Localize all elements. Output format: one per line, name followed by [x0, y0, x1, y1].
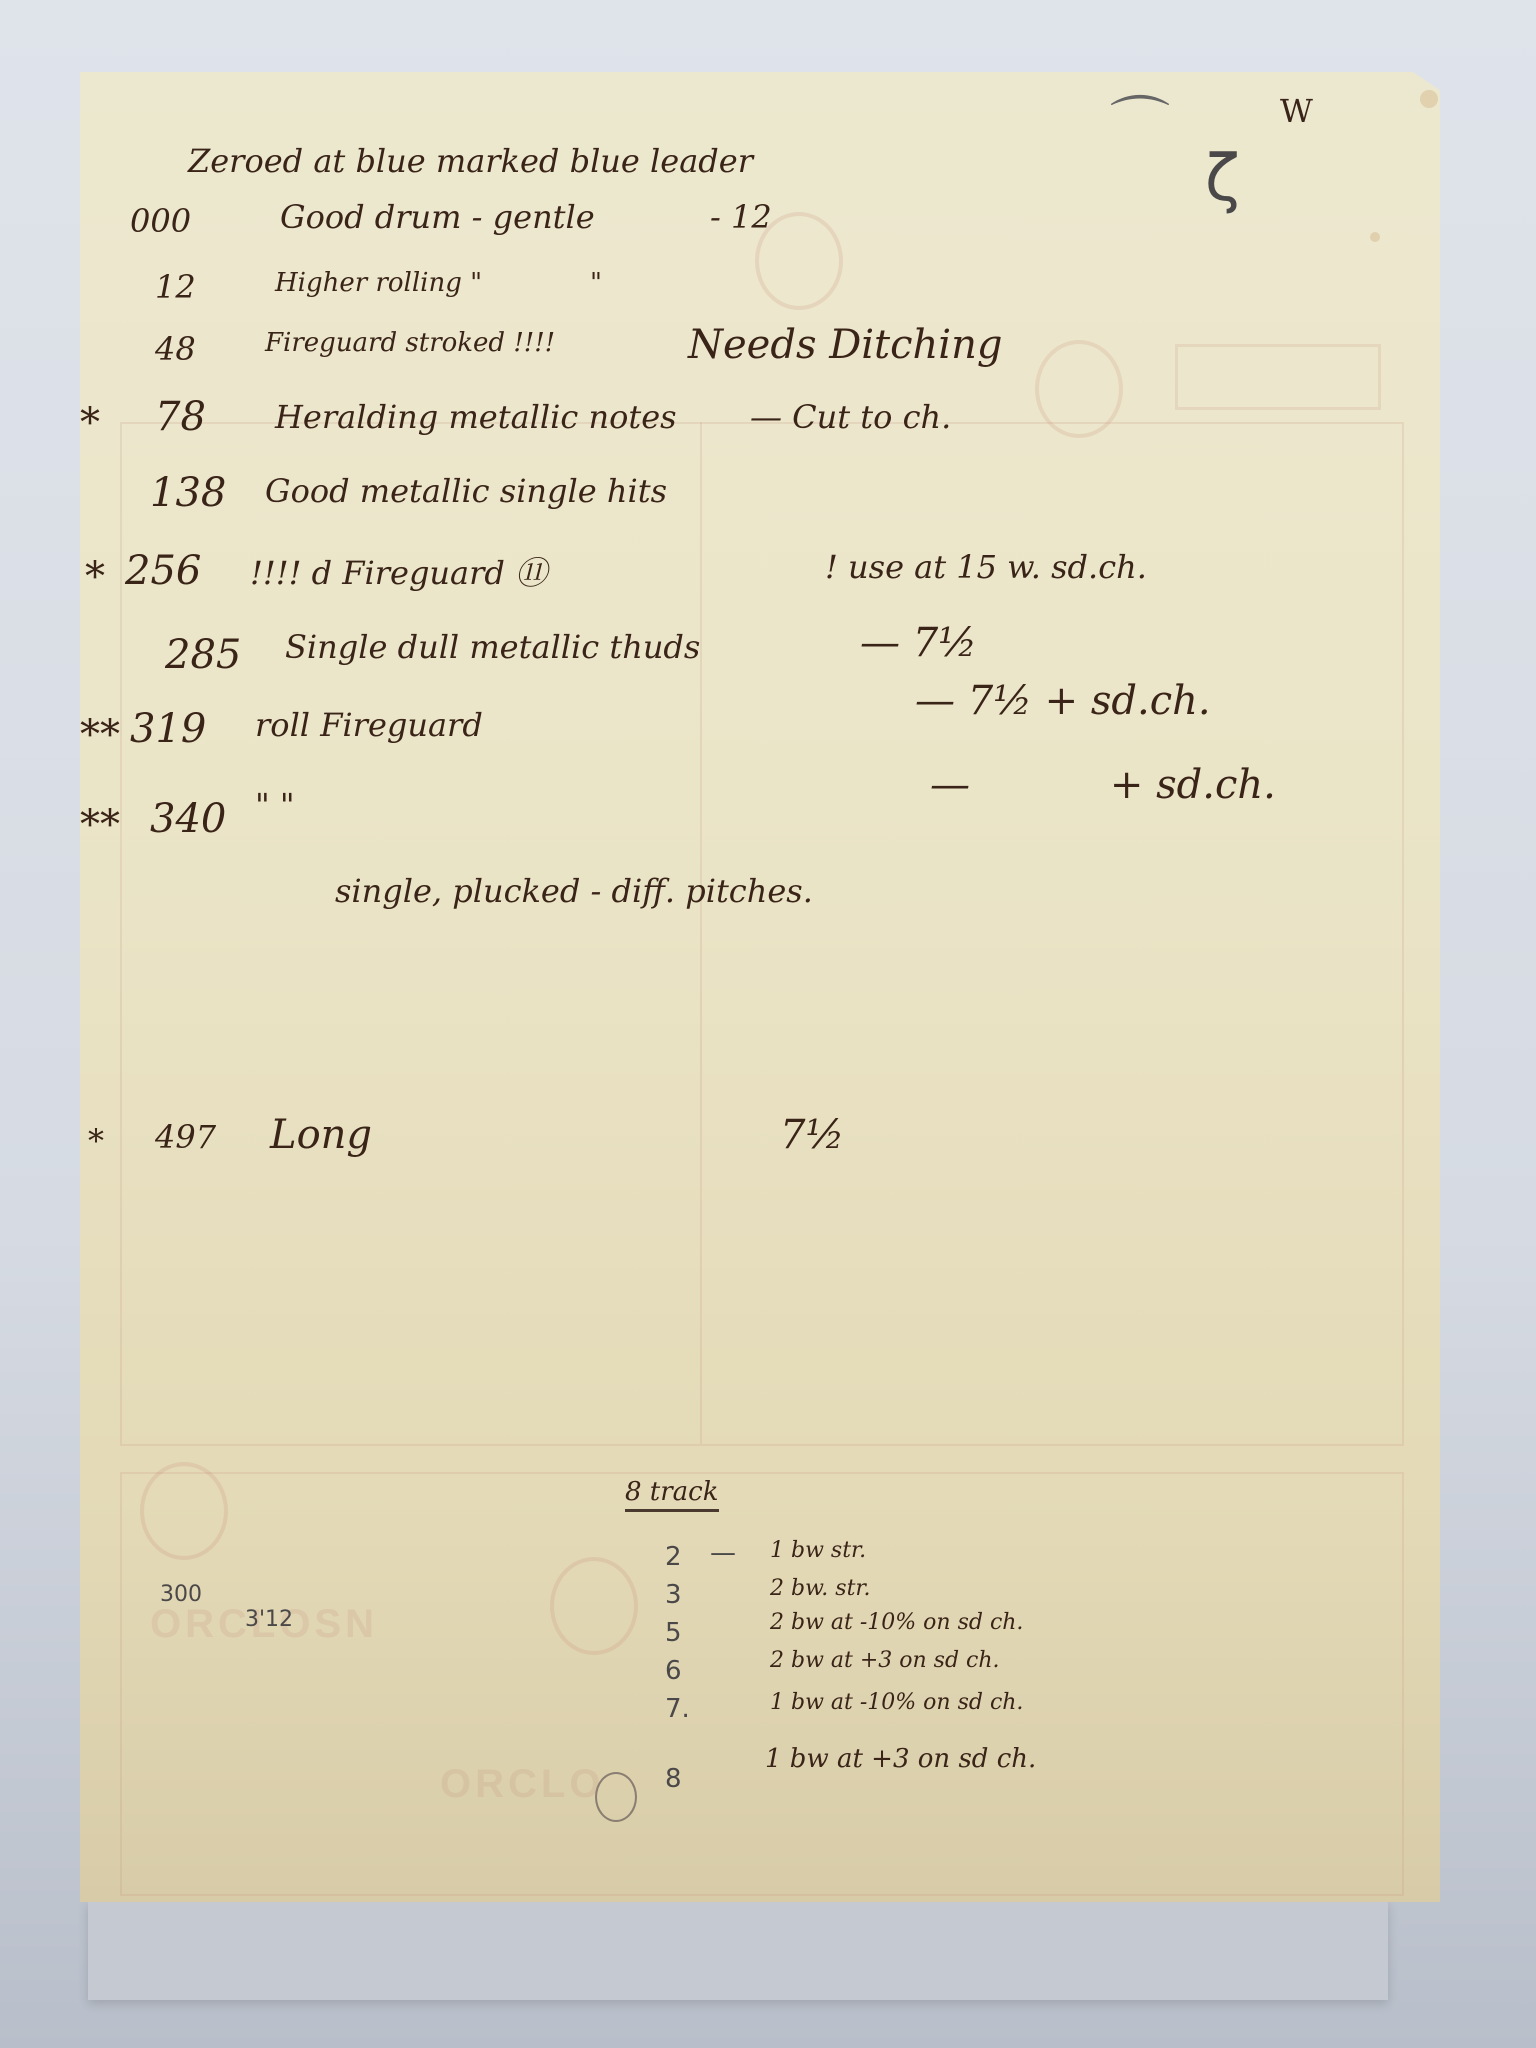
corner-w-mark: W: [1280, 92, 1313, 130]
entry-right: ! use at 15 w. sd.ch.: [825, 548, 1147, 586]
ghost-box: [1175, 344, 1381, 410]
entry-note: Single dull metallic thuds: [285, 628, 700, 666]
track-desc: 2 bw at +3 on sd ch.: [770, 1648, 1000, 1673]
entry-note: single, plucked - diff. pitches.: [335, 872, 813, 910]
entry-star: *: [88, 1122, 104, 1160]
entry-note: Good drum - gentle: [280, 198, 595, 236]
entry-right: — + sd.ch.: [930, 762, 1276, 808]
track-dash: —: [710, 1538, 736, 1568]
entry-note: " ": [255, 786, 295, 824]
entry-counter: 256: [125, 548, 201, 594]
entry-note: Good metallic single hits: [265, 472, 667, 510]
entry-right: - 12: [710, 198, 772, 236]
track-number: 6: [665, 1656, 682, 1686]
track-desc: 2 bw. str.: [770, 1576, 871, 1601]
track-number: 5: [665, 1618, 682, 1648]
track-desc: 1 bw at +3 on sd ch.: [765, 1744, 1036, 1774]
stain: [1420, 90, 1438, 108]
pencil-circle-mark: [595, 1772, 637, 1822]
entry-counter: 138: [150, 470, 226, 516]
entry-counter: 497: [155, 1118, 216, 1156]
entry-star: **: [80, 802, 120, 848]
track-number: 7.: [665, 1694, 690, 1724]
scribble-mark: ζ: [1205, 142, 1240, 216]
entry-note: Higher rolling ": [275, 268, 482, 298]
entry-counter: 12: [155, 268, 196, 306]
ghost-print-word-2: ORCLO: [440, 1762, 604, 1807]
entry-star: *: [85, 554, 105, 600]
ghost-circle-3: [140, 1462, 228, 1560]
track-number: 8: [665, 1764, 682, 1794]
track-number: 2: [665, 1542, 682, 1572]
corner-arc-mark: ⌒: [1110, 78, 1170, 164]
entry-counter: 285: [165, 632, 241, 678]
entry-right: — Cut to ch.: [750, 398, 951, 436]
entry-note: Fireguard stroked !!!!: [265, 328, 555, 358]
track-desc: 1 bw str.: [770, 1538, 866, 1563]
backing-board: [88, 1900, 1388, 2000]
entry-star: *: [80, 400, 100, 446]
ghost-circle-4: [550, 1557, 638, 1655]
margin-number: 300: [160, 1582, 202, 1607]
track-desc: 1 bw at -10% on sd ch.: [770, 1690, 1023, 1715]
entry-counter: 000: [130, 202, 191, 240]
paper-sheet: ORCLOSN ORCLO ⌒ W ζ Zeroed at blue marke…: [80, 72, 1440, 1902]
margin-number: 3'12: [245, 1607, 293, 1632]
entry-note: !!!! d Fireguard ⑪: [250, 548, 547, 594]
entry-note: roll Fireguard: [255, 706, 483, 744]
track-section-title: 8 track: [625, 1477, 719, 1512]
entry-right: — 7½ + sd.ch.: [915, 678, 1211, 724]
entry-right: — 7½: [860, 620, 977, 666]
entry-counter: 78: [155, 394, 206, 440]
track-number: 3: [665, 1580, 682, 1610]
track-desc: 2 bw at -10% on sd ch.: [770, 1610, 1023, 1635]
entry-counter: 48: [155, 330, 196, 368]
entry-right: Needs Ditching: [688, 322, 1002, 368]
ghost-form-divider: [700, 422, 702, 1444]
entry-star: **: [80, 712, 120, 758]
entry-ditto: ": [590, 268, 602, 298]
ghost-form-frame-lower: [120, 1472, 1404, 1896]
entry-counter: 319: [130, 706, 206, 752]
stain: [1370, 232, 1380, 242]
header-note: Zeroed at blue marked blue leader: [188, 142, 753, 180]
entry-right: 7½: [780, 1112, 844, 1158]
entry-note: Heralding metallic notes: [275, 398, 677, 436]
entry-counter: 340: [150, 796, 226, 842]
entry-note: Long: [270, 1112, 372, 1158]
